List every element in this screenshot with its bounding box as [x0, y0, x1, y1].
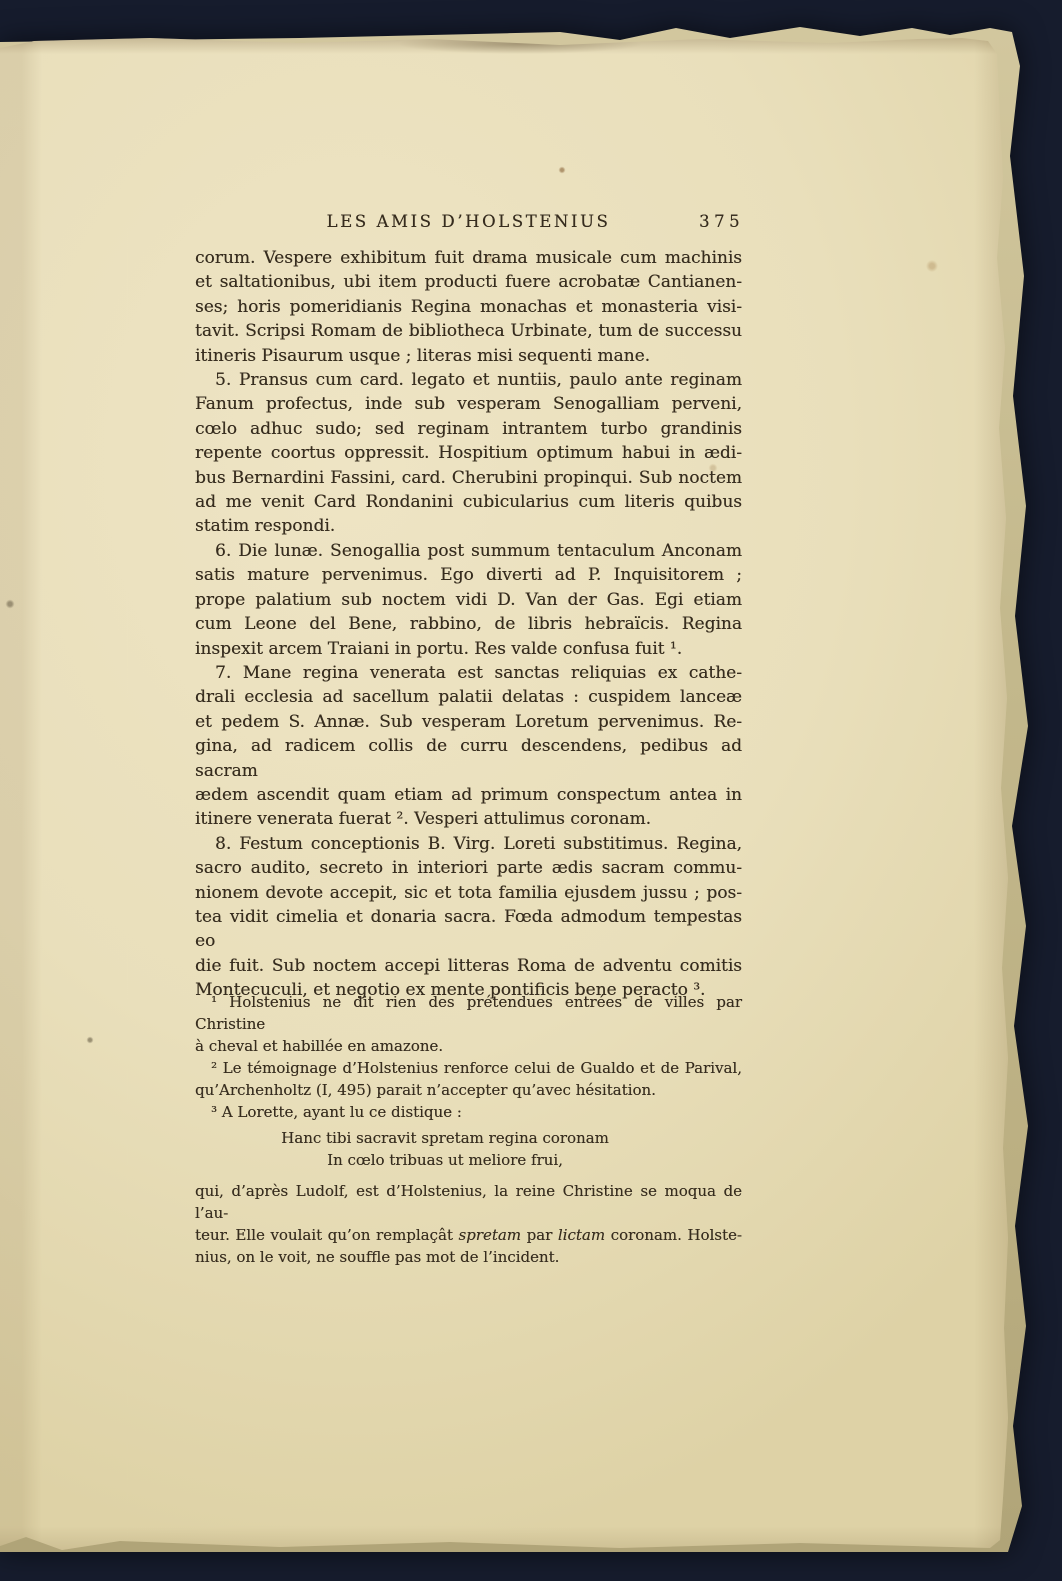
paragraph: 6. Die lunæ. Senogallia post summum tent… — [195, 539, 742, 661]
footnote-continuation: qui, d’après Ludolf, est d’Holstenius, l… — [195, 1180, 742, 1268]
footnote-line: teur. Elle voulait qu’on remplaçât spret… — [195, 1224, 742, 1246]
paragraph-line: gina, ad radicem collis de curru descend… — [195, 734, 742, 783]
paragraph-line: itinere venerata fuerat ². Vesperi attul… — [195, 807, 742, 831]
paragraph-line: 5. Pransus cum card. legato et nuntiis, … — [195, 368, 742, 392]
verse-line: Hanc tibi sacravit spretam regina corona… — [195, 1127, 695, 1149]
paragraph-line: Fanum profectus, inde sub vesperam Senog… — [195, 392, 742, 416]
footnote-2: ² Le témoignage d’Holstenius renforce ce… — [195, 1057, 742, 1101]
paragraph: corum. Vespere exhibitum fuit drama musi… — [195, 246, 742, 368]
paragraph-line: ses; horis pomeridianis Regina monachas … — [195, 295, 742, 319]
paragraph: 5. Pransus cum card. legato et nuntiis, … — [195, 368, 742, 539]
paragraph-line: statim respondi. — [195, 514, 742, 538]
footnote-line: ¹ Holstenius ne dit rien des prétendues … — [195, 991, 742, 1035]
italic-term: lictam — [558, 1226, 605, 1244]
running-header: LES AMIS D’HOLSTENIUS 375 — [195, 212, 742, 236]
footnote-line: ² Le témoignage d’Holstenius renforce ce… — [195, 1057, 742, 1079]
footnotes-section: ¹ Holstenius ne dit rien des prétendues … — [195, 991, 742, 1268]
paragraph-line: 6. Die lunæ. Senogallia post summum tent… — [195, 539, 742, 563]
paragraph-line: satis mature pervenimus. Ego diverti ad … — [195, 563, 742, 587]
paragraph-line: sacro audito, secreto in interiori parte… — [195, 856, 742, 880]
footnote-line: nius, on le voit, ne souffle pas mot de … — [195, 1246, 742, 1268]
paragraph-line: itineris Pisaurum usque ; literas misi s… — [195, 344, 742, 368]
scan-background: { "colors": { "scan_background": "#161c2… — [0, 0, 1062, 1581]
paragraph: 8. Festum conceptionis B. Virg. Loreti s… — [195, 832, 742, 1003]
paragraph-line: nionem devote accepit, sic et tota famil… — [195, 881, 742, 905]
paragraph-line: 8. Festum conceptionis B. Virg. Loreti s… — [195, 832, 742, 856]
paragraph-line: 7. Mane regina venerata est sanctas reli… — [195, 661, 742, 685]
paragraph-line: ædem ascendit quam etiam ad primum consp… — [195, 783, 742, 807]
paragraph-line: repente coortus oppressit. Hospitium opt… — [195, 441, 742, 465]
italic-term: spretam — [458, 1226, 521, 1244]
paragraph-line: bus Bernardini Fassini, card. Cherubini … — [195, 466, 742, 490]
footnote-line: qui, d’après Ludolf, est d’Holstenius, l… — [195, 1180, 742, 1224]
page-number: 375 — [699, 212, 744, 231]
quoted-verse: Hanc tibi sacravit spretam regina corona… — [195, 1127, 695, 1171]
footnote-1: ¹ Holstenius ne dit rien des prétendues … — [195, 991, 742, 1057]
footnote-text: teur. Elle voulait qu’on remplaçât — [195, 1226, 458, 1244]
paragraph-line: corum. Vespere exhibitum fuit drama musi… — [195, 246, 742, 270]
paragraph-line: tavit. Scripsi Romam de bibliotheca Urbi… — [195, 319, 742, 343]
paragraph-line: die fuit. Sub noctem accepi litteras Rom… — [195, 954, 742, 978]
paragraph-line: et saltationibus, ubi item producti fuer… — [195, 270, 742, 294]
paragraph-line: prope palatium sub noctem vidi D. Van de… — [195, 588, 742, 612]
paragraph-line: cœlo adhuc sudo; sed reginam intrantem t… — [195, 417, 742, 441]
body-text: corum. Vespere exhibitum fuit drama musi… — [195, 246, 742, 1003]
paragraph: 7. Mane regina venerata est sanctas reli… — [195, 661, 742, 832]
paragraph-line: tea vidit cimelia et donaria sacra. Fœda… — [195, 905, 742, 954]
footnote-line: à cheval et habillée en amazone. — [195, 1035, 742, 1057]
paragraph-line: ad me venit Card Rondanini cubicularius … — [195, 490, 742, 514]
paragraph-line: drali ecclesia ad sacellum palatii delat… — [195, 685, 742, 709]
verse-line: In cœlo tribuas ut meliore frui, — [195, 1149, 695, 1171]
footnote-line: ³ A Lorette, ayant lu ce distique : — [195, 1101, 742, 1123]
running-title: LES AMIS D’HOLSTENIUS — [195, 212, 742, 231]
footnote-text: coronam. Holste- — [605, 1226, 742, 1244]
footnote-text: par — [521, 1226, 558, 1244]
footnote-line: qu’Archenholtz (I, 495) parait n’accepte… — [195, 1079, 742, 1101]
paragraph-line: inspexit arcem Traiani in portu. Res val… — [195, 637, 742, 661]
paragraph-line: cum Leone del Bene, rabbino, de libris h… — [195, 612, 742, 636]
footnote-3: ³ A Lorette, ayant lu ce distique : — [195, 1101, 742, 1123]
paragraph-line: et pedem S. Annæ. Sub vesperam Loretum p… — [195, 710, 742, 734]
